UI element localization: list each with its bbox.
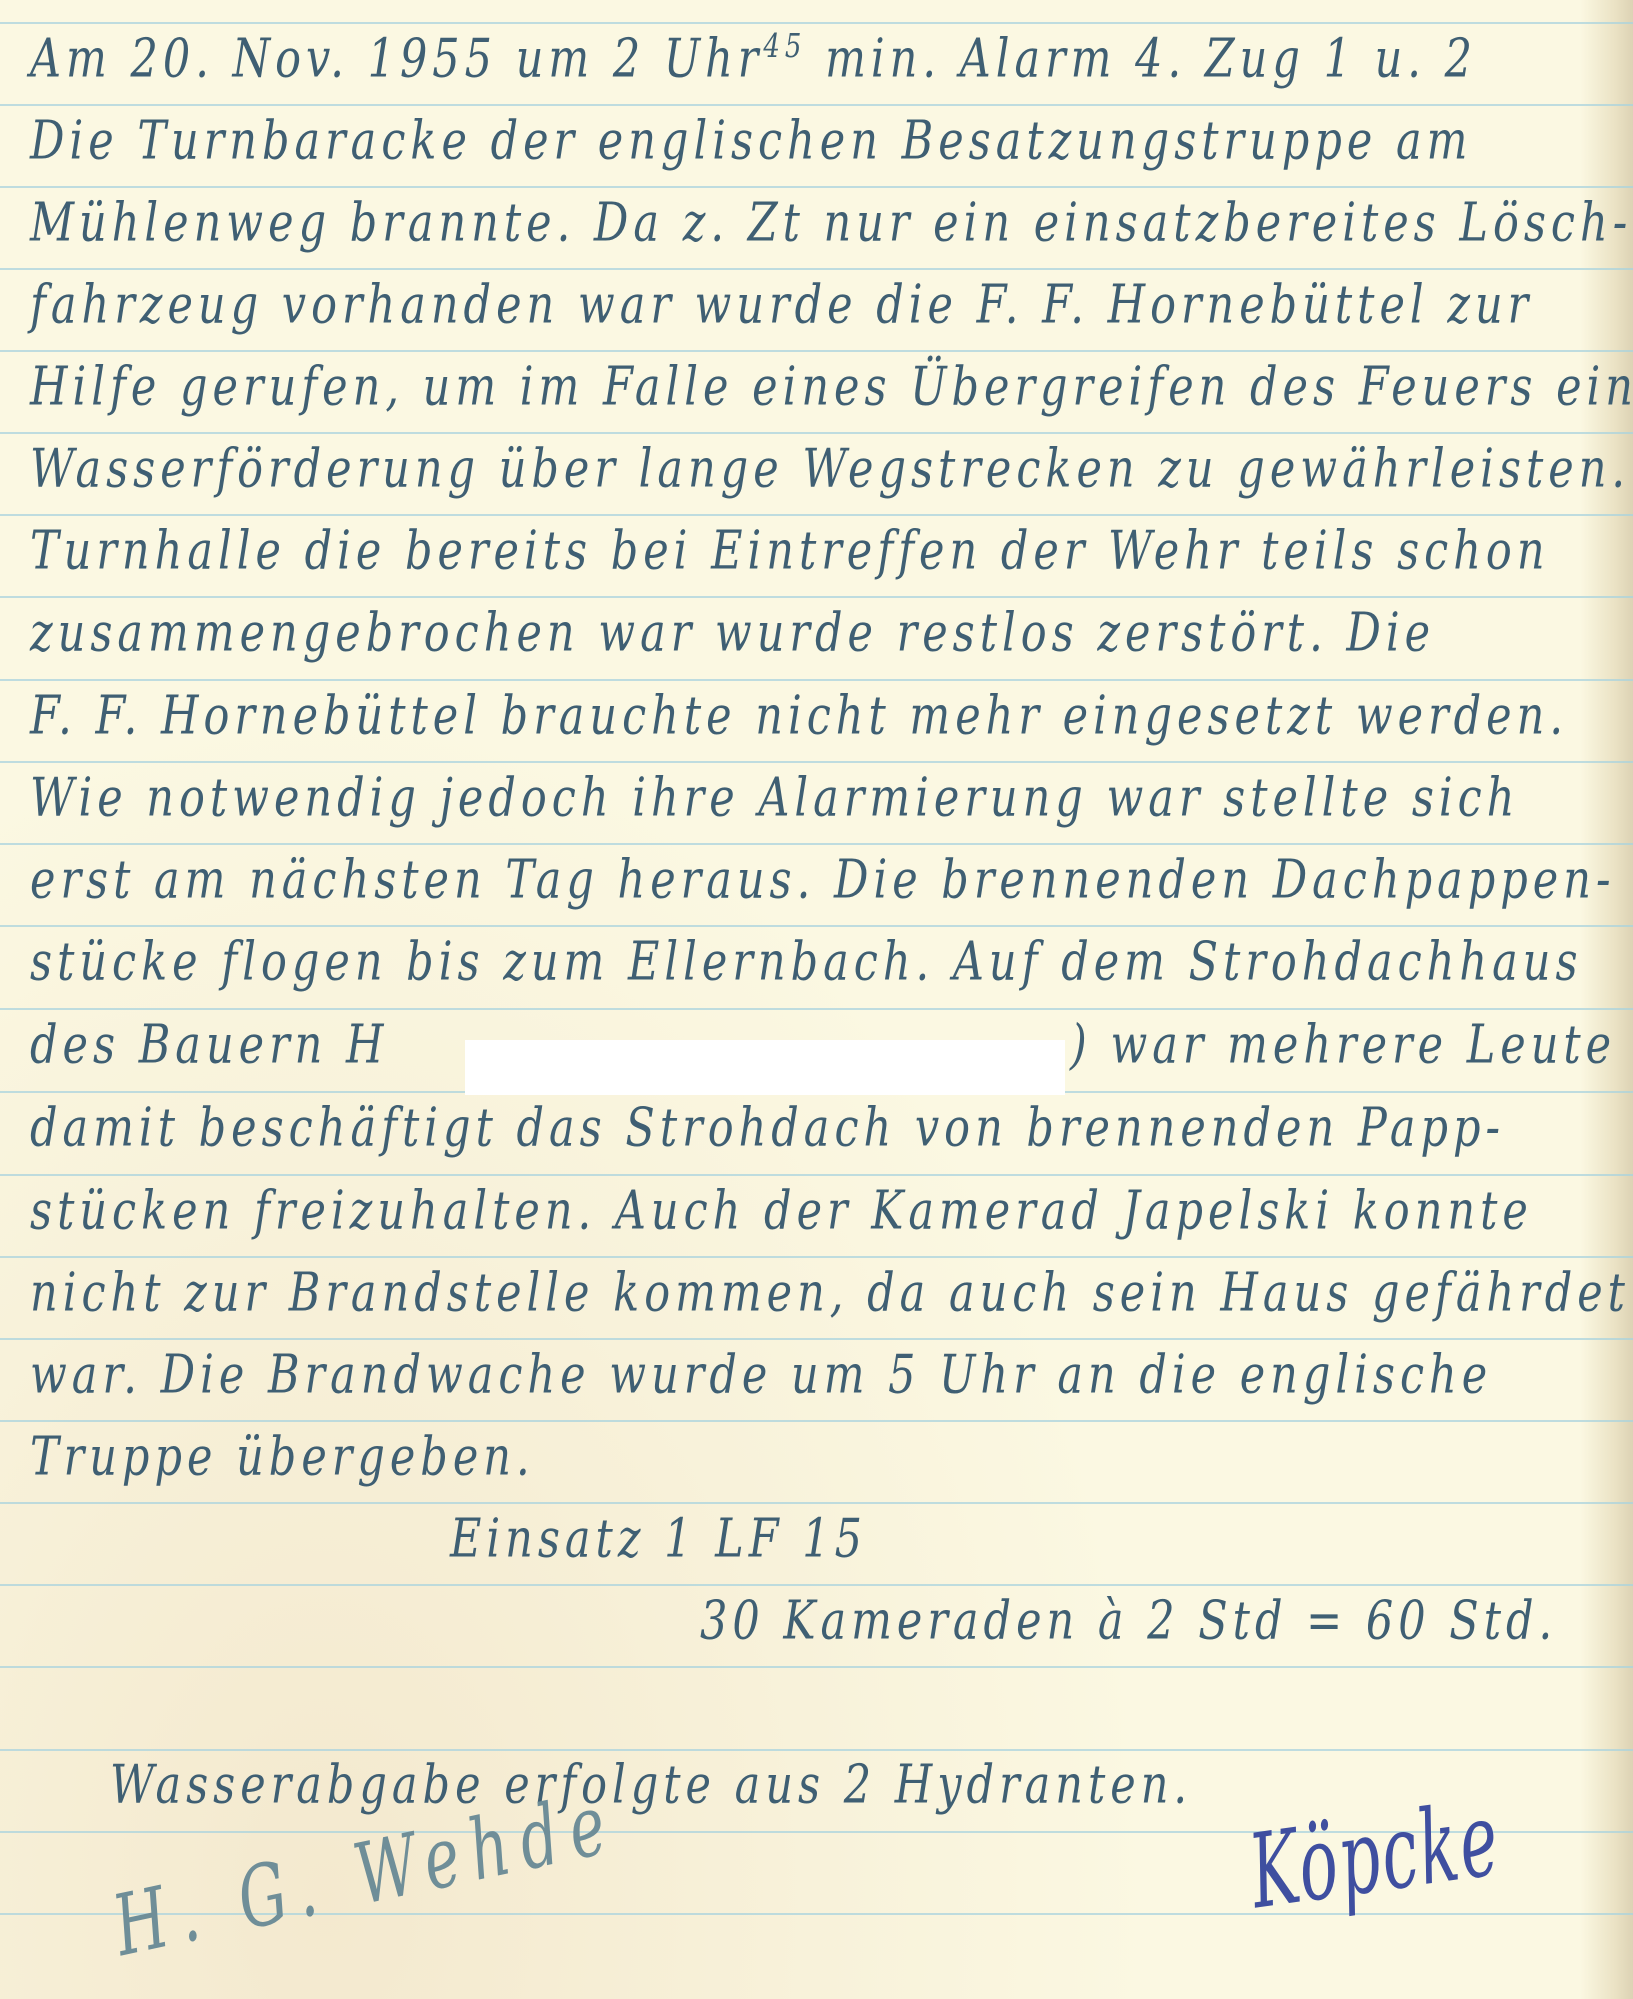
text-line-12: stücke flogen bis zum Ellernbach. Auf de…: [30, 931, 1583, 994]
signature-right: Köpcke: [1243, 1781, 1507, 1933]
ruled-line: [0, 1666, 1633, 1668]
text-line-13: des Bauern H: [30, 1014, 389, 1077]
date-time-text: Am 20. Nov. 1955 um 2 Uhr: [30, 28, 763, 91]
text-line-16: nicht zur Brandstelle kommen, da auch se…: [30, 1262, 1630, 1325]
alarm-text: min. Alarm 4. Zug 1 u. 2: [825, 28, 1477, 91]
ruled-line: [0, 268, 1633, 270]
ruled-line: [0, 514, 1633, 516]
text-line-5: Hilfe gerufen, um im Falle eines Übergre…: [30, 356, 1633, 419]
text-line-8: zusammengebrochen war wurde restlos zers…: [30, 602, 1435, 665]
einsatz-summary: Einsatz 1 LF 15: [450, 1508, 867, 1571]
ruled-line: [0, 1420, 1633, 1422]
text-line-1: Am 20. Nov. 1955 um 2 Uhr45 min. Alarm 4…: [30, 28, 1477, 91]
ruled-line: [0, 1502, 1633, 1504]
hours-summary: 30 Kameraden à 2 Std = 60 Std.: [700, 1590, 1557, 1653]
text-line-10: Wie notwendig jedoch ihre Alarmierung wa…: [30, 767, 1519, 830]
ruled-line: [0, 679, 1633, 681]
ruled-line: [0, 186, 1633, 188]
ruled-line: [0, 843, 1633, 845]
text-line-11: erst am nächsten Tag heraus. Die brennen…: [30, 849, 1615, 912]
text-line-6: Wasserförderung über lange Wegstrecken z…: [30, 438, 1633, 501]
ruled-line: [0, 1008, 1633, 1010]
text-line-3: Mühlenweg brannte. Da z. Zt nur ein eins…: [30, 192, 1632, 255]
ruled-line: [0, 1256, 1633, 1258]
ruled-line: [0, 104, 1633, 106]
ruled-line: [0, 350, 1633, 352]
text-line-17: war. Die Brandwache wurde um 5 Uhr an di…: [30, 1344, 1492, 1407]
ruled-line: [0, 22, 1633, 24]
text-line-18: Truppe übergeben.: [30, 1426, 535, 1489]
redaction-box: [465, 1040, 1065, 1095]
water-note: Wasserabgabe erfolgte aus 2 Hydranten.: [110, 1754, 1192, 1817]
ruled-line: [0, 432, 1633, 434]
ruled-line: [0, 1749, 1633, 1751]
text-line-14: damit beschäftigt das Strohdach von bren…: [30, 1097, 1505, 1160]
ruled-line: [0, 1338, 1633, 1340]
text-line-2: Die Turnbaracke der englischen Besatzung…: [30, 110, 1472, 173]
text-line-7: Turnhalle die bereits bei Eintreffen der…: [30, 520, 1550, 583]
text-line-13-continued: ) war mehrere Leute: [1070, 1014, 1616, 1077]
ruled-line: [0, 1174, 1633, 1176]
ruled-line: [0, 1584, 1633, 1586]
ruled-line: [0, 596, 1633, 598]
ruled-line: [0, 925, 1633, 927]
notebook-page: Am 20. Nov. 1955 um 2 Uhr45 min. Alarm 4…: [0, 0, 1633, 1999]
ruled-line: [0, 761, 1633, 763]
text-line-15: stücken freizuhalten. Auch der Kamerad J…: [30, 1180, 1533, 1243]
text-line-9: F. F. Hornebüttel brauchte nicht mehr ei…: [30, 685, 1568, 748]
text-line-4: fahrzeug vorhanden war wurde die F. F. H…: [30, 274, 1533, 337]
minutes-superscript: 45: [763, 28, 806, 66]
